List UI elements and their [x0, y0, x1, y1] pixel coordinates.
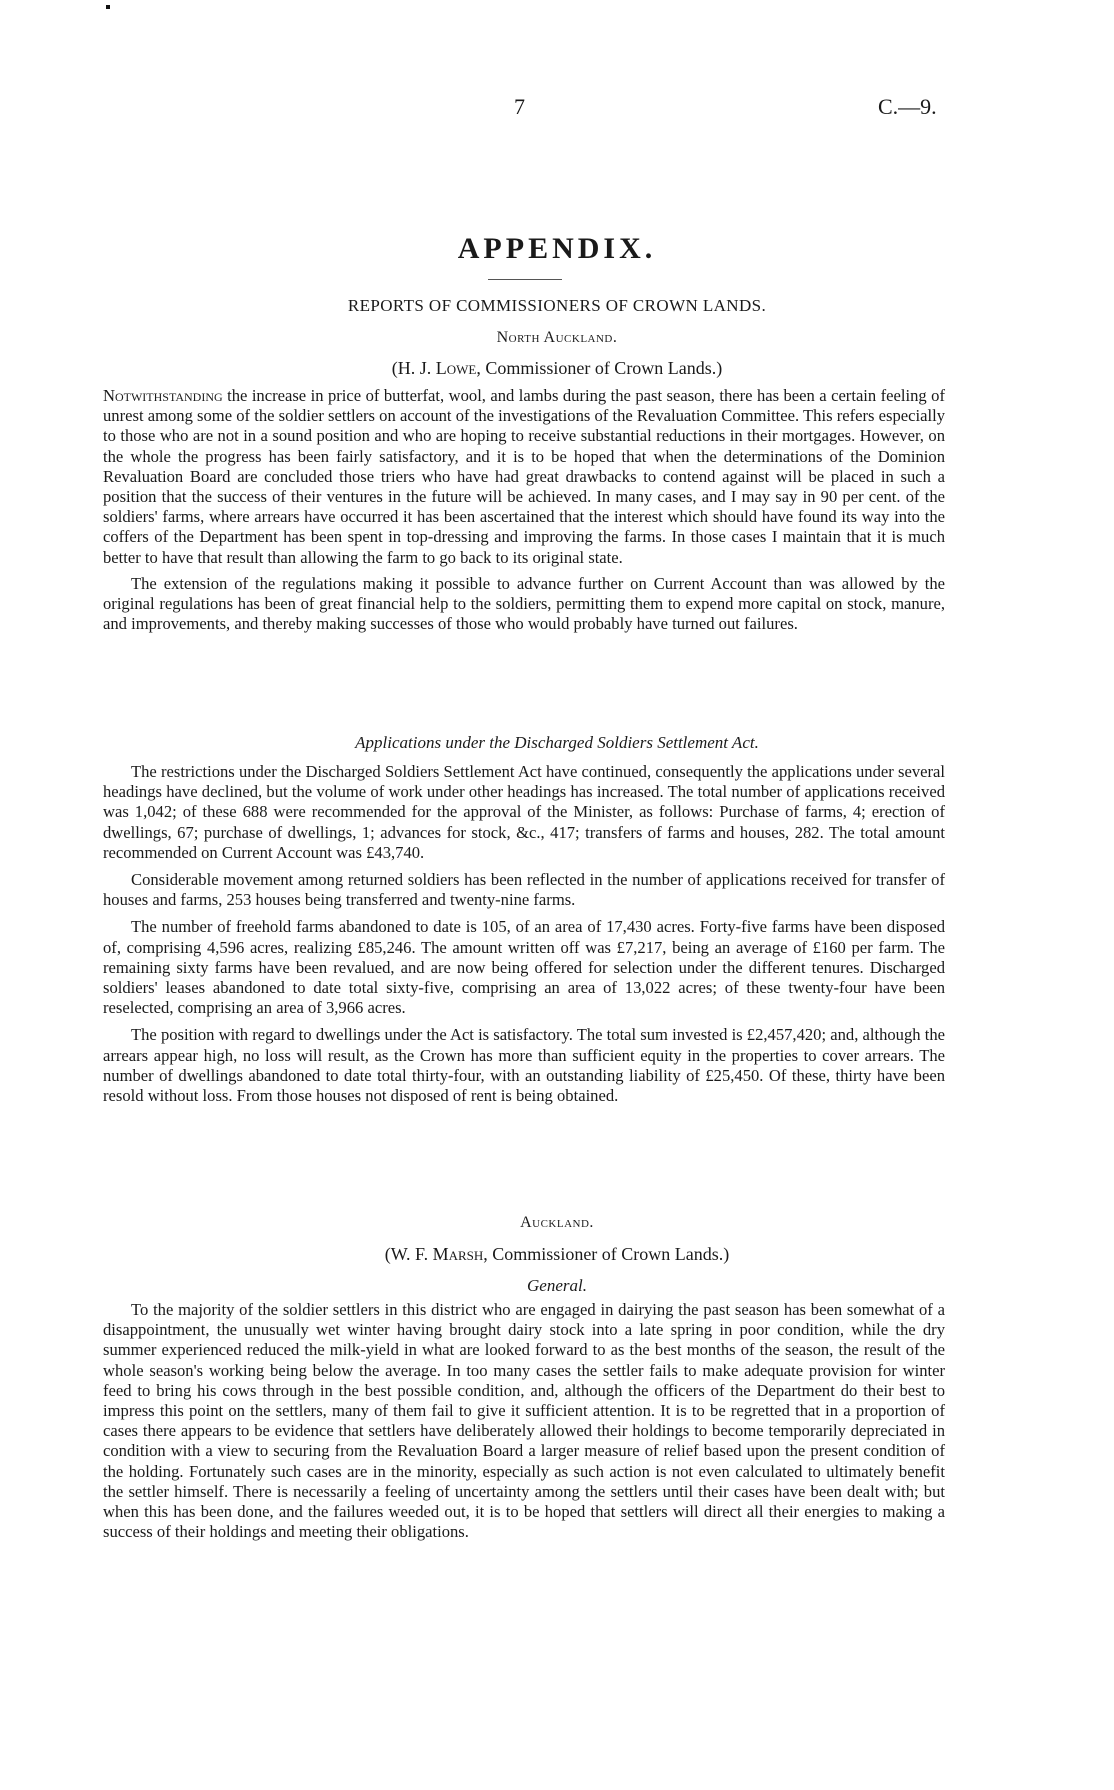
- commissioner-name: Marsh: [433, 1244, 484, 1264]
- paragraph-text: the increase in price of butterfat, wool…: [103, 386, 945, 567]
- applications-section: The restrictions under the Discharged So…: [103, 762, 945, 1106]
- page-title: APPENDIX.: [0, 232, 1114, 266]
- north-auckland-intro: Notwithstanding the increase in price of…: [103, 386, 945, 634]
- title-divider: [488, 279, 562, 280]
- region-heading-auckland: Auckland.: [0, 1214, 1114, 1232]
- commissioner-suffix: , Commissioner of Crown Lands.): [476, 358, 722, 378]
- subheading-applications: Applications under the Discharged Soldie…: [0, 733, 1114, 753]
- paragraph: Notwithstanding the increase in price of…: [103, 386, 945, 568]
- commissioner-prefix: (H. J.: [392, 358, 436, 378]
- commissioner-suffix: , Commissioner of Crown Lands.): [483, 1244, 729, 1264]
- paragraph: Considerable movement among returned sol…: [103, 870, 945, 910]
- region-heading-north-auckland: North Auckland.: [0, 329, 1114, 347]
- paragraph: The restrictions under the Discharged So…: [103, 762, 945, 863]
- auckland-general-section: To the majority of the soldier settlers …: [103, 1300, 945, 1542]
- paragraph: The extension of the regulations making …: [103, 574, 945, 635]
- paragraph: The position with regard to dwellings un…: [103, 1025, 945, 1106]
- section-heading: REPORTS OF COMMISSIONERS OF CROWN LANDS.: [0, 296, 1114, 316]
- paragraph: To the majority of the soldier settlers …: [103, 1300, 945, 1542]
- subheading-general: General.: [0, 1276, 1114, 1296]
- lead-word: Notwithstanding: [103, 386, 223, 405]
- commissioner-name: Lowe: [436, 358, 477, 378]
- scan-speck: [106, 5, 110, 9]
- commissioner-prefix: (W. F.: [385, 1244, 433, 1264]
- paragraph: The number of freehold farms abandoned t…: [103, 917, 945, 1018]
- commissioner-line-auckland: (W. F. Marsh, Commissioner of Crown Land…: [0, 1244, 1114, 1265]
- commissioner-line-north-auckland: (H. J. Lowe, Commissioner of Crown Lands…: [0, 358, 1114, 379]
- page-number: 7: [514, 94, 525, 120]
- document-code: C.—9.: [878, 94, 937, 120]
